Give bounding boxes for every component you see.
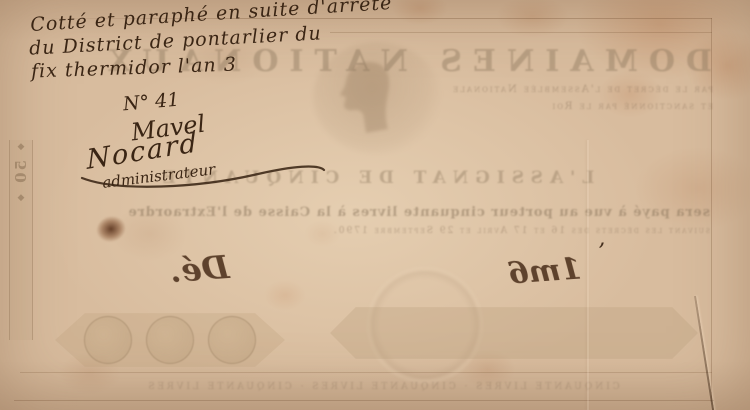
cartouche-right: [330, 306, 698, 360]
cartouche-medallion: [146, 316, 194, 364]
bleed-subline-2: et sanctionné par le Roi: [300, 101, 713, 112]
frame-line-bottom-inner: [20, 372, 712, 373]
wrinkle-line: [587, 140, 589, 410]
cartouche-medallion: [84, 316, 132, 364]
assignat-verso-scan: ◆ 50 ◆ DOMAINES NATIONAUX par le décret …: [0, 0, 750, 410]
side-denomination-50: 50: [12, 160, 30, 185]
bleed-bottom-band: CINQUANTE LIVRES · CINQUANTE LIVRES · CI…: [60, 382, 705, 392]
side-ornament-band: ◆ 50 ◆: [9, 140, 33, 340]
frame-line-bottom-outer: [14, 400, 714, 401]
cartouche-medallion: [208, 316, 256, 364]
ornament-diamond-icon: ◆: [18, 191, 25, 205]
serial-number: N° 41: [122, 89, 180, 116]
ornament-diamond-icon: ◆: [18, 140, 25, 154]
bleed-mark-right: 1m6: [507, 251, 583, 291]
bleed-subline-1: par le décret de l'Assemblée Nationale: [270, 84, 713, 95]
bleed-pay-line: sera payé à vue au porteur cinquante liv…: [55, 205, 710, 220]
bleed-decree-line: suivant les décrets des 16 et 17 Avril e…: [55, 226, 710, 236]
cartouche-left: [55, 312, 285, 368]
ink-tick-mark: ’: [598, 240, 605, 265]
frame-line-top-inner: [330, 32, 712, 33]
bleed-mark-left: Dé.: [169, 248, 231, 290]
